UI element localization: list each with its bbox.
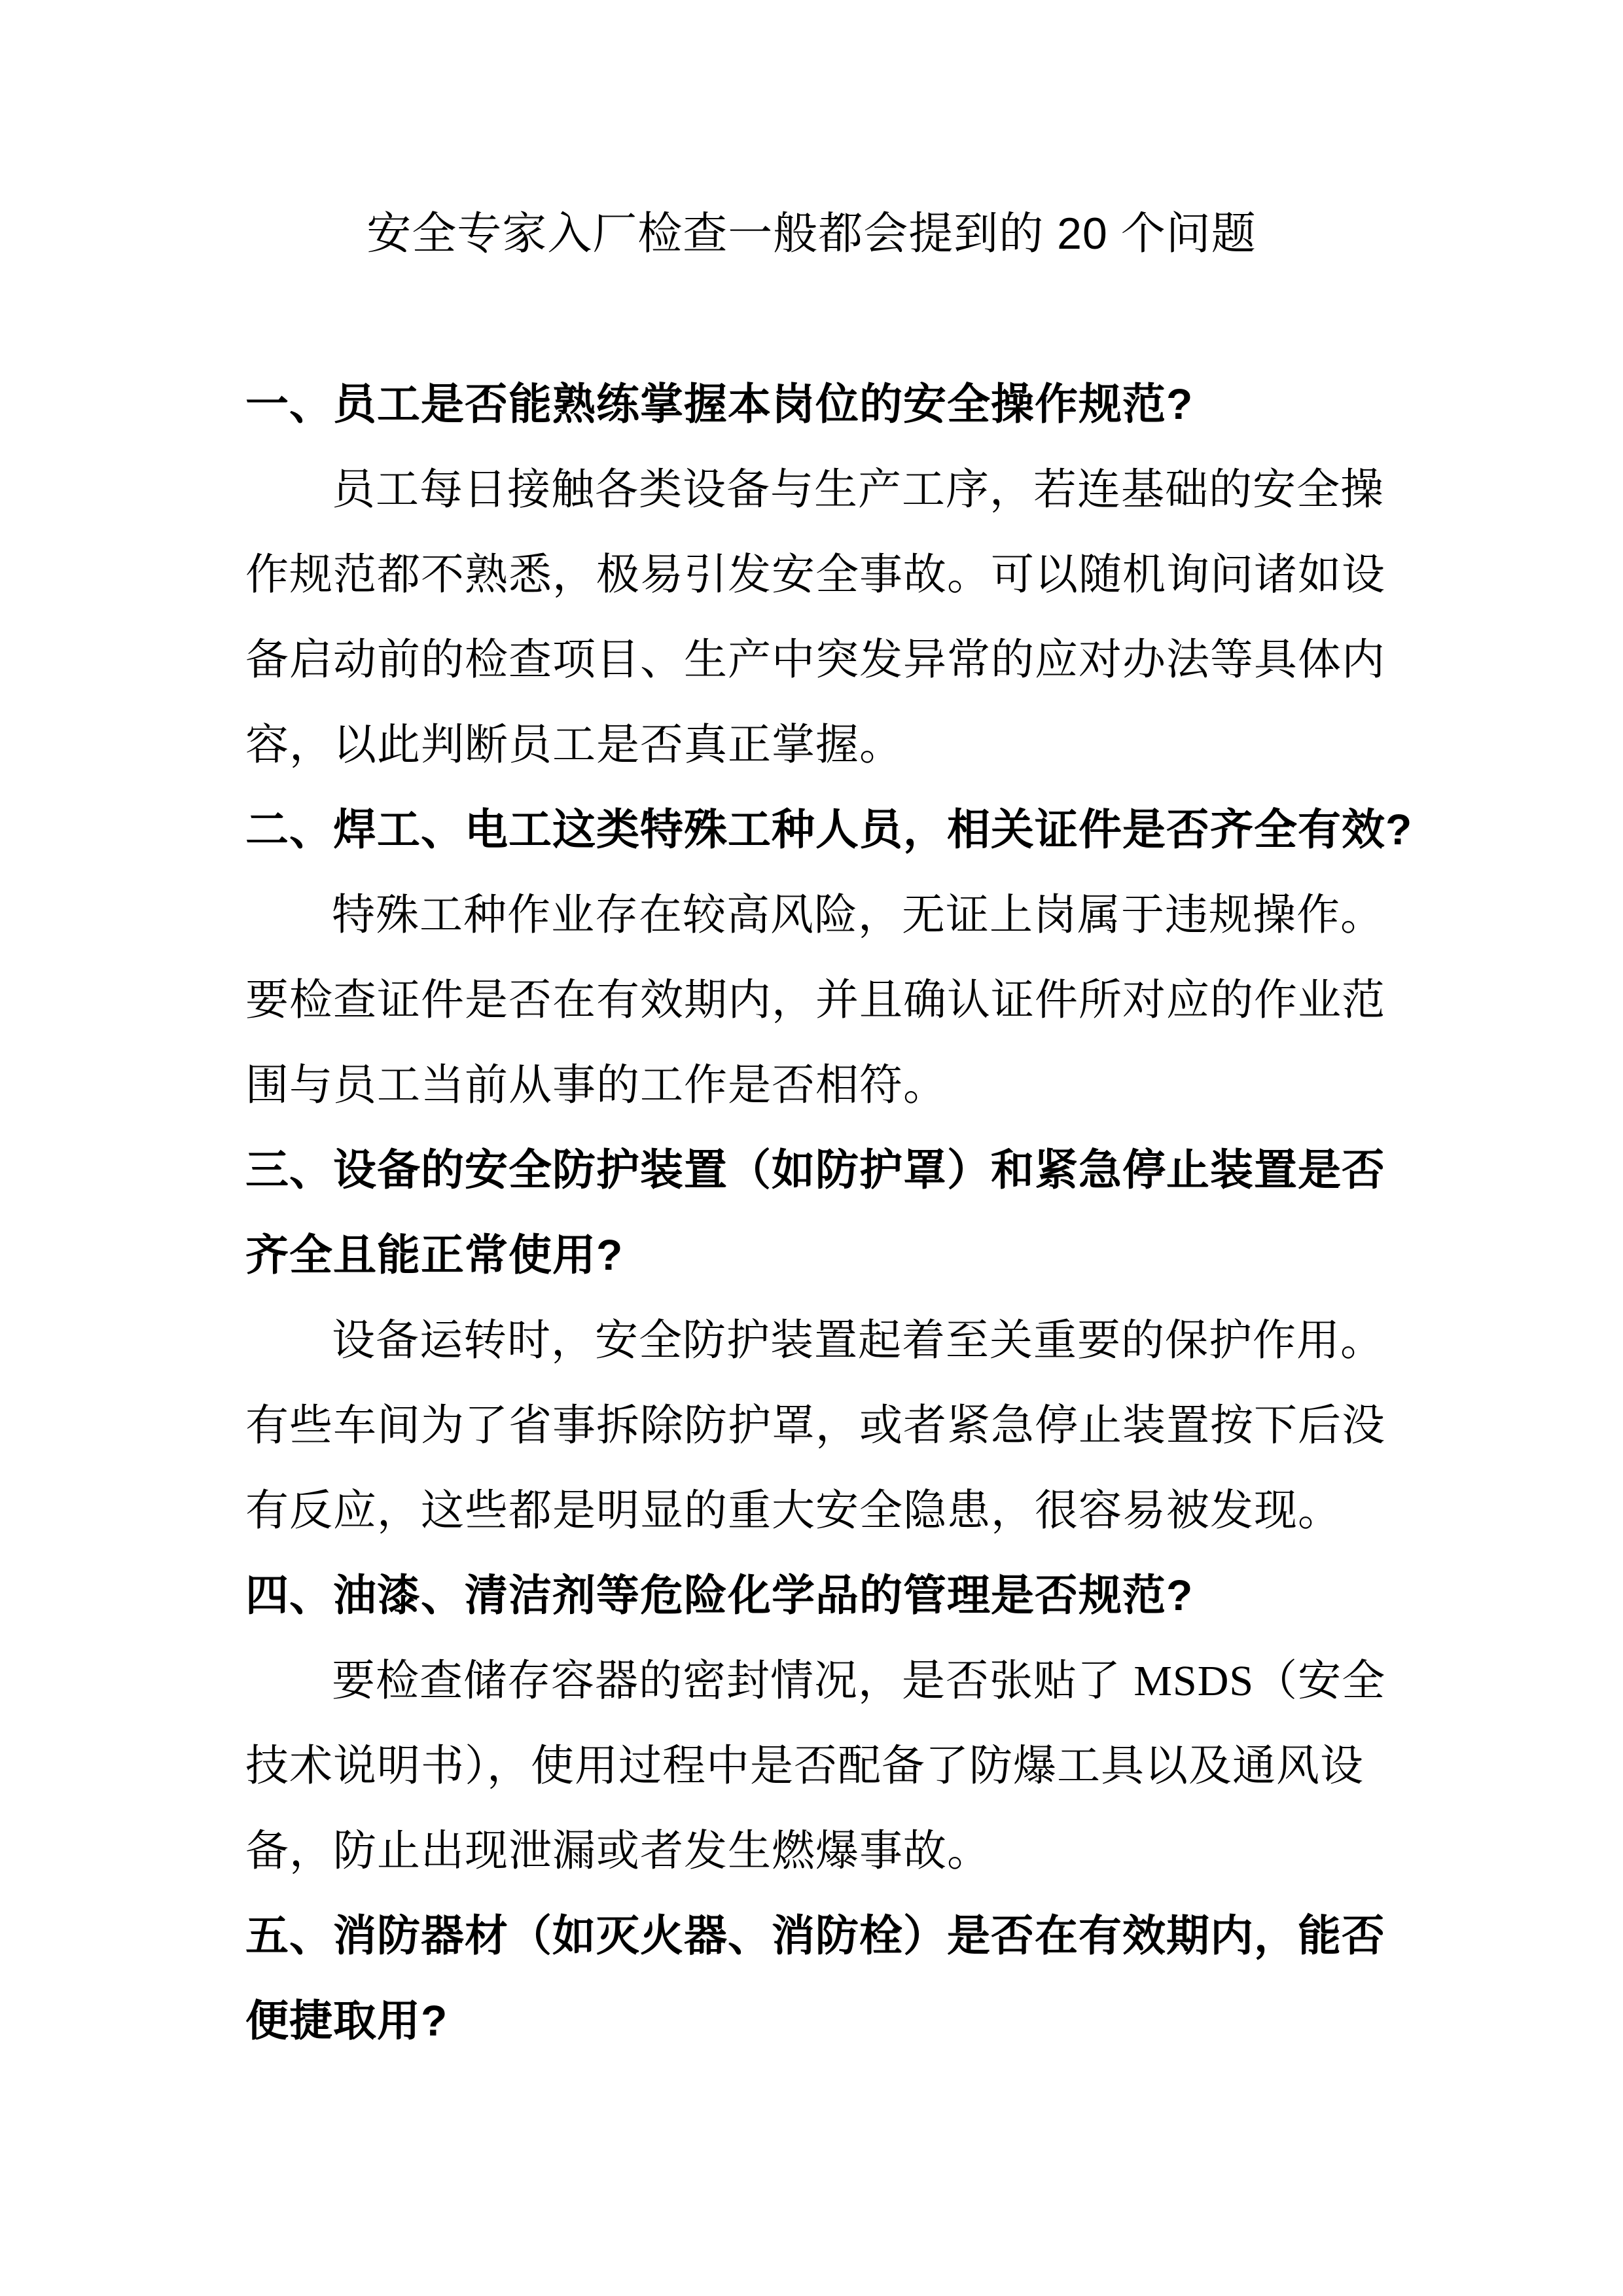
- section-heading-line: 二、焊工、电工这类特殊工种人员，相关证件是否齐全有效?: [245, 787, 1378, 872]
- document-content: 安全专家入厂检查一般都会提到的 20 个问题一、员工是否能熟练掌握本岗位的安全操…: [245, 191, 1378, 2063]
- paragraph-line: 备，防止出现泄漏或者发生燃爆事故。: [245, 1808, 1378, 1893]
- paragraph-line: 有些车间为了省事拆除防护罩，或者紧急停止装置按下后没: [245, 1382, 1378, 1467]
- document-page: 安全专家入厂检查一般都会提到的 20 个问题一、员工是否能熟练掌握本岗位的安全操…: [0, 0, 1623, 2296]
- paragraph-line: 特殊工种作业存在较高风险，无证上岗属于违规操作。: [245, 872, 1378, 957]
- paragraph-line: 有反应，这些都是明显的重大安全隐患，很容易被发现。: [245, 1467, 1378, 1552]
- paragraph-line: 员工每日接触各类设备与生产工序，若连基础的安全操: [245, 446, 1378, 531]
- document-title: 安全专家入厂检查一般都会提到的 20 个问题: [245, 191, 1378, 276]
- section-heading-line: 便捷取用?: [245, 1978, 1378, 2063]
- section-heading-line: 五、消防器材（如灭火器、消防栓）是否在有效期内，能否: [245, 1893, 1378, 1978]
- paragraph-line: 设备运转时，安全防护装置起着至关重要的保护作用。: [245, 1297, 1378, 1382]
- latin-text: MSDS: [1133, 1657, 1254, 1705]
- section-heading-line: 齐全且能正常使用?: [245, 1212, 1378, 1297]
- paragraph-line: 要检查证件是否在有效期内，并且确认证件所对应的作业范: [245, 957, 1378, 1042]
- paragraph-line: 容，以此判断员工是否真正掌握。: [245, 702, 1378, 787]
- paragraph-line: 备启动前的检查项目、生产中突发异常的应对办法等具体内: [245, 617, 1378, 702]
- paragraph-line: 作规范都不熟悉，极易引发安全事故。可以随机询问诸如设: [245, 531, 1378, 617]
- blank-line: [245, 276, 1378, 361]
- paragraph-line: 技术说明书），使用过程中是否配备了防爆工具以及通风设: [245, 1723, 1378, 1808]
- paragraph-line: 要检查储存容器的密封情况，是否张贴了 MSDS（安全: [245, 1638, 1378, 1723]
- section-heading-line: 四、油漆、清洁剂等危险化学品的管理是否规范?: [245, 1552, 1378, 1638]
- section-heading-line: 一、员工是否能熟练掌握本岗位的安全操作规范?: [245, 361, 1378, 446]
- section-heading-line: 三、设备的安全防护装置（如防护罩）和紧急停止装置是否: [245, 1127, 1378, 1212]
- paragraph-line: 围与员工当前从事的工作是否相符。: [245, 1042, 1378, 1127]
